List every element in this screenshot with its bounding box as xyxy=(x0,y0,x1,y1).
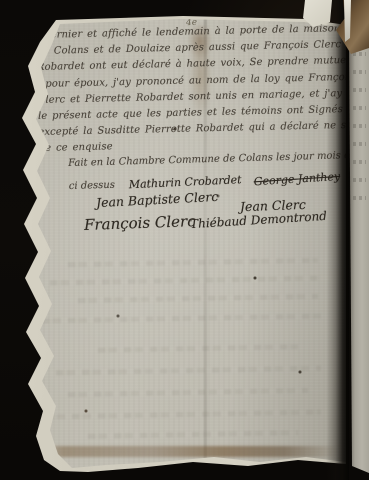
verso-bleedthrough xyxy=(98,344,298,352)
bottom-edge-stain xyxy=(26,446,341,457)
next-page-ink-mark xyxy=(353,88,366,92)
next-page-ink-mark xyxy=(353,70,366,74)
verso-bleedthrough xyxy=(88,430,298,439)
manuscript-body: dernier et affiché le lendemain à la por… xyxy=(36,21,343,157)
verso-bleedthrough xyxy=(46,410,321,420)
manuscript-page: 4e dernier et affiché le lendemain à la … xyxy=(8,16,346,472)
closing-prefix: ci dessus xyxy=(69,180,115,192)
scanned-register-spread: 4e dernier et affiché le lendemain à la … xyxy=(0,0,369,480)
verso-bleedthrough xyxy=(68,258,318,267)
next-page-ink-mark xyxy=(353,106,366,110)
next-page-ink-mark xyxy=(353,160,366,164)
signature-mathurin-crobardet: Mathurin Crobardet xyxy=(129,173,242,191)
paper-fragment xyxy=(344,0,351,42)
verso-bleedthrough xyxy=(50,276,320,286)
verso-bleedthrough xyxy=(78,294,318,303)
next-page-edge xyxy=(349,20,369,473)
verso-bleedthrough xyxy=(56,366,321,376)
next-page-ink-mark xyxy=(353,142,366,146)
next-page-ink-mark xyxy=(353,196,366,200)
signature-francois-clerc: François Clerc xyxy=(84,212,196,234)
closing-statement: Fait en la Chambre Commune de Colans les… xyxy=(68,150,345,192)
signature-jean-baptiste-clerc: Jean Baptiste Clerc xyxy=(96,189,219,210)
verso-bleedthrough xyxy=(68,388,308,397)
next-page-ink-mark xyxy=(353,178,366,182)
signature-thiebaud-demontrond: Thiébaud Demontrond xyxy=(190,209,328,231)
binding-gutter xyxy=(326,0,349,480)
verso-bleedthrough xyxy=(42,314,322,324)
next-page-ink-mark xyxy=(353,124,366,128)
